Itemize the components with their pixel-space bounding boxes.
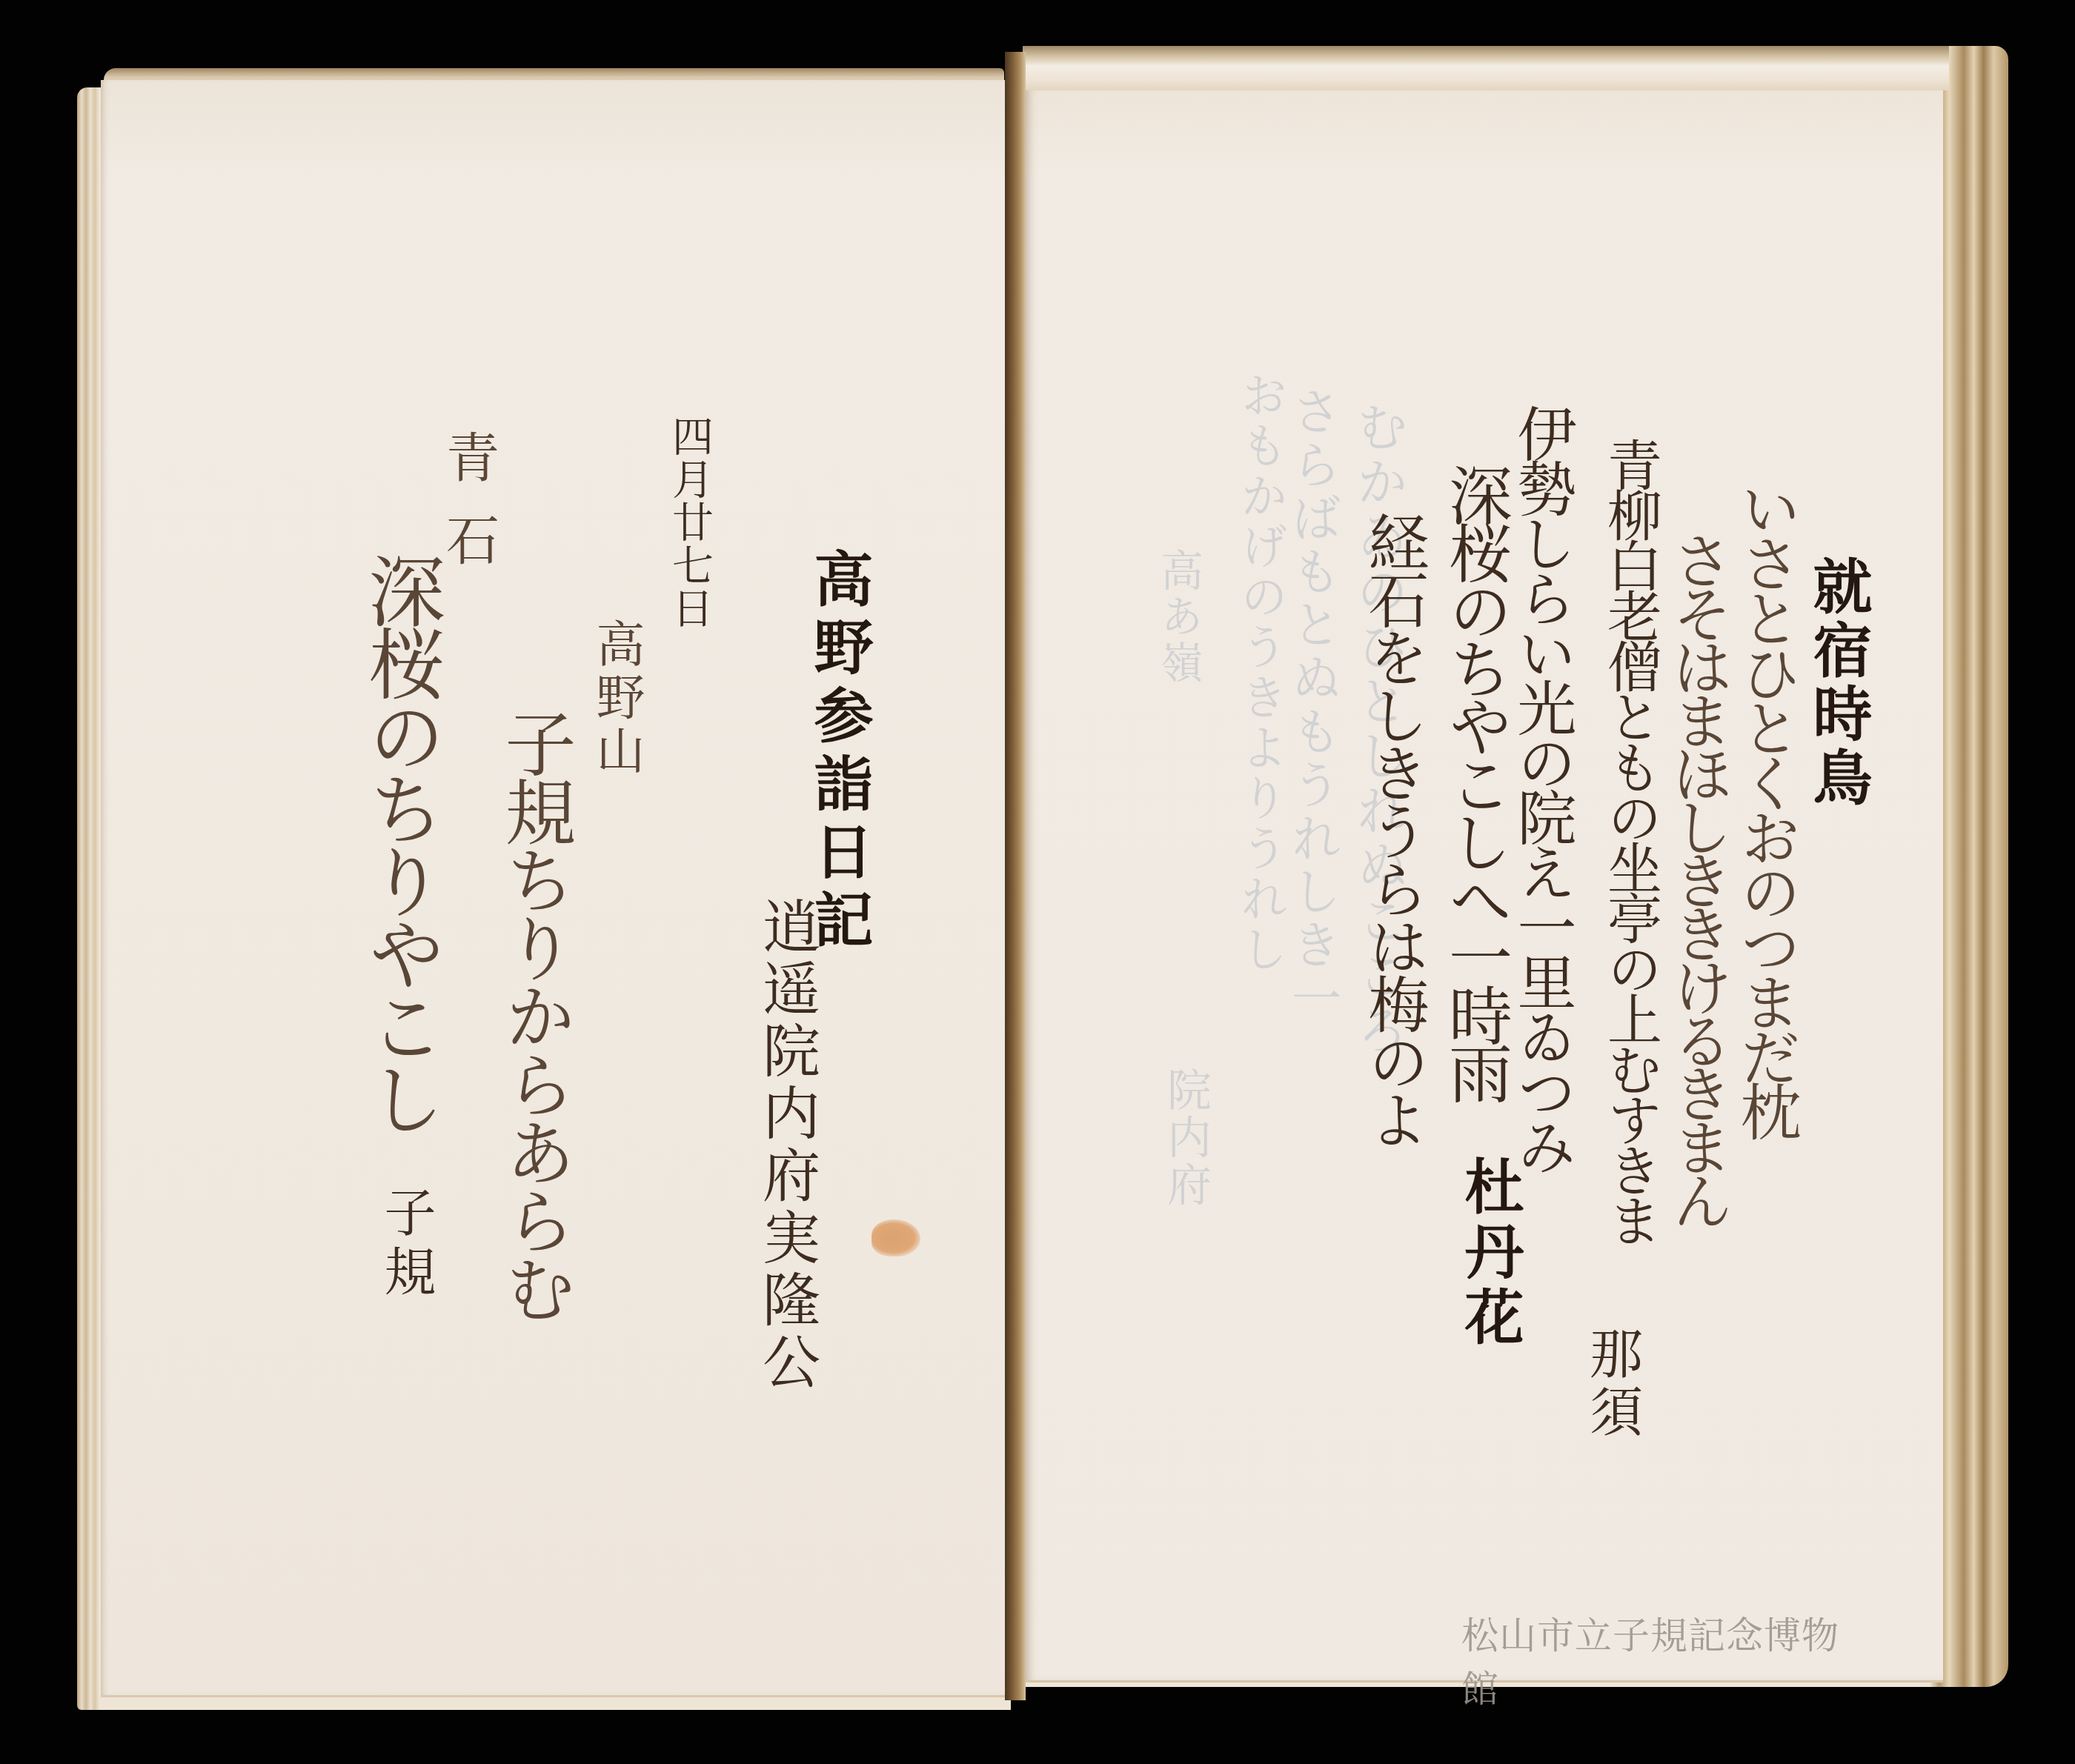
left-place: 高野山: [591, 619, 640, 779]
right-column-6: 経石をしきうらは梅のよ: [1363, 511, 1424, 1147]
left-signature: 子規: [380, 1185, 432, 1304]
right-column-nasu: 那須: [1585, 1326, 1639, 1442]
right-column-3: 青柳白老僧ともの坐亭の上むすきま: [1603, 437, 1658, 1243]
left-kigo: 青石: [442, 430, 495, 596]
left-verse-2: 深桜のちりやこし: [362, 552, 439, 1133]
bleed-through-column: 高あ嶺: [1157, 548, 1200, 686]
right-page-top-edge: [1023, 46, 1949, 90]
museum-watermark: 松山市立子規記念博物館: [1461, 1606, 1862, 1651]
left-verse-1: 子規ちりからあらむ: [499, 708, 571, 1321]
right-heading: 就宿時鳥: [1808, 556, 1867, 811]
right-column-5: 深桜のちやこしへ一時雨: [1443, 463, 1507, 1099]
right-column-botan: 杜丹花: [1460, 1156, 1519, 1351]
bleed-through-column: おもかげのうきよりうれし: [1236, 370, 1284, 975]
left-date: 四月廿七日: [668, 415, 710, 630]
book-spine-gutter: [1005, 52, 1026, 1700]
bleed-through-column: 院内府: [1163, 1067, 1208, 1209]
right-column-2: さそはまほしききけるきまん: [1667, 530, 1727, 1223]
left-author: 逍遥院内府実隆公: [757, 896, 815, 1394]
photo-background: むかゐのひとしれぬこころさらばもとぬもうれしき一おもかげのうきよりうれし高あ嶺院…: [0, 0, 2075, 1764]
right-column-1: いさとひとくおのつまだ枕: [1735, 478, 1796, 1136]
right-column-4: 伊勢しらい光の院え一里ゐつみ: [1512, 404, 1571, 1171]
foxing-stain: [871, 1219, 920, 1257]
bleed-through-column: さらばもとぬもうれしき一: [1286, 385, 1337, 1025]
